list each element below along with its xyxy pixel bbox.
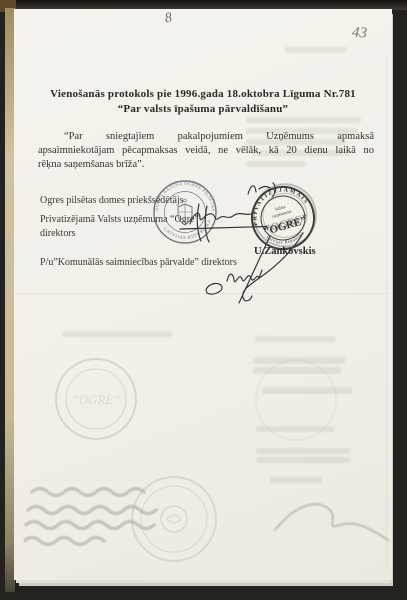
bleedthrough-text-line [262,387,352,394]
signatory-label-utility: P/u”Komunālās saimniecības pārvalde” dir… [40,257,237,268]
page-crease [386,52,387,568]
signatory-label-company-line1: Privatizējamā Valsts uzņēmuma “Ogre” [40,214,199,225]
body-paragraph-line: “Par sniegtajiem pakalpojumiem Uzņēmums … [38,131,374,142]
signatory-label-mayor: Ogres pilsētas domes priekšsēdētājs [40,195,184,206]
bleedthrough-text-line [256,457,350,463]
bleedthrough-text-line [256,448,350,454]
signatory-label-company-line2: direktors [40,228,76,239]
bleedthrough-text-line [246,117,361,123]
fold-line [15,293,389,294]
bleedthrough-text-line [256,426,334,432]
bleedthrough-text-line [255,336,335,342]
bleedthrough-text-line [253,357,345,364]
body-paragraph-line: rēķna saņemšanas brīža”. [38,159,374,170]
bleedthrough-text-line [253,367,341,374]
scanned-document: ”OGRE” 8 43 Vienošanās protokols pie 199… [0,0,407,600]
body-paragraph-line: apsaimniekotājam pēcapmaksas veidā, ne v… [38,145,374,156]
bleedthrough-text-line [62,331,172,337]
document-title-line1: Vienošanās protokols pie 1996.gada 18.ok… [33,88,373,100]
bleedthrough-text-line [285,47,347,53]
document-title-line2: “Par valsts īpašuma pārvaldīšanu” [33,103,373,115]
pencil-folio-number: 43 [351,24,367,42]
signatory-name: U.Zankovskis [254,246,316,257]
bleedthrough-text-line [270,477,322,483]
